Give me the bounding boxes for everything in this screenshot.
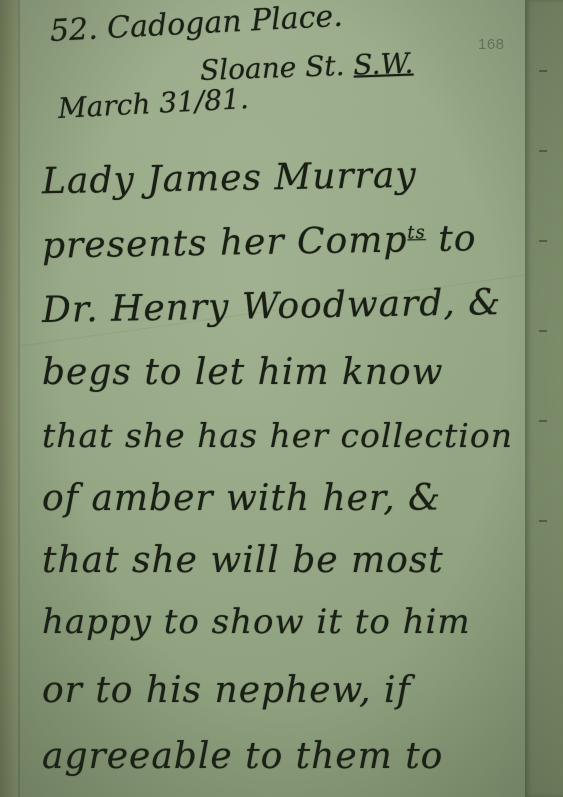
body-line-9: or to his nephew, if <box>42 670 411 711</box>
letter-photograph: 168 52. Cadogan Place. Sloane St. S.W. M… <box>0 0 563 797</box>
adjacent-page-edge <box>525 0 563 797</box>
body-line-4: begs to let him know <box>42 352 443 393</box>
archive-page-number: 168 <box>478 36 505 53</box>
body-line-2-suffix: to <box>426 218 477 260</box>
body-line-2: presents her Compts to <box>42 218 477 267</box>
body-line-3: Dr. Henry Woodward, & <box>42 282 502 331</box>
address-street: Sloane St. <box>199 49 345 87</box>
address-postcode: S.W. <box>353 47 414 82</box>
body-line-2-text: presents her Comp <box>42 219 408 266</box>
body-line-10: agreeable to them to <box>42 736 443 777</box>
body-line-6: of amber with her, & <box>42 478 441 519</box>
body-line-7: that she will be most <box>42 540 444 581</box>
body-line-8: happy to show it to him <box>42 602 471 642</box>
body-line-1: Lady James Murray <box>42 155 417 203</box>
abbrev-superscript: ts <box>407 222 426 243</box>
body-line-5: that she has her collection <box>42 416 513 455</box>
